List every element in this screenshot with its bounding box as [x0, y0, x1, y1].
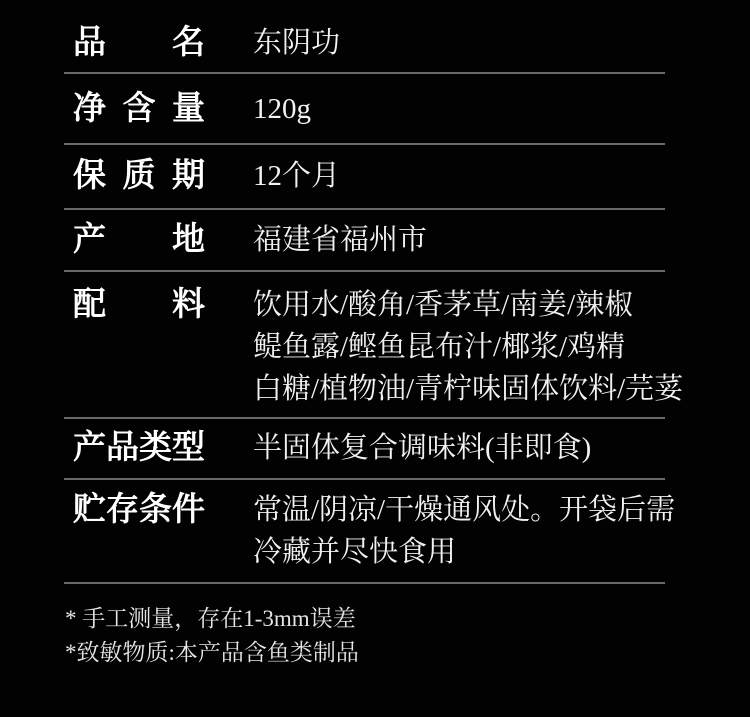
row-value: 饮用水/酸角/香茅草/南姜/辣椒 鳀鱼露/鲣鱼昆布汁/椰浆/鸡精 白糖/植物油/… — [253, 284, 683, 410]
row-value-line: 福建省福州市 — [253, 219, 427, 261]
spec-row-product-name: 品名 东阴功 — [64, 0, 665, 74]
footnote-measurement-tolerance: * 手工测量，存在1-3mm误差 — [65, 602, 665, 636]
product-spec-sheet: 品名 东阴功 净含量 120g 保质期 12个月 产地 福建省福州市 配料 饮用… — [64, 0, 665, 670]
row-value: 福建省福州市 — [253, 219, 427, 261]
row-value: 半固体复合调味料(非即食) — [253, 427, 591, 469]
row-value-line: 鳀鱼露/鲣鱼昆布汁/椰浆/鸡精 — [253, 326, 683, 368]
row-label: 配料 — [73, 284, 205, 326]
row-value-line: 常温/阴凉/干燥通风处。开袋后需 — [253, 489, 675, 531]
row-value: 12个月 — [253, 155, 340, 197]
spec-row-product-type: 产品类型 半固体复合调味料(非即食) — [64, 419, 665, 480]
row-value-line: 冷藏并尽快食用 — [253, 531, 675, 573]
footnotes: * 手工测量，存在1-3mm误差 *致敏物质:本产品含鱼类制品 — [64, 602, 665, 670]
row-value-line: 饮用水/酸角/香茅草/南姜/辣椒 — [253, 284, 683, 326]
row-label: 品名 — [73, 22, 205, 64]
row-label: 净含量 — [73, 88, 205, 130]
row-value-line: 白糖/植物油/青柠味固体饮料/芫荽 — [253, 368, 683, 410]
row-label: 产品类型 — [73, 427, 205, 469]
row-value: 东阴功 — [253, 22, 340, 64]
row-value-line: 半固体复合调味料(非即食) — [253, 427, 591, 469]
row-value: 120g — [253, 88, 311, 130]
spec-row-origin: 产地 福建省福州市 — [64, 210, 665, 272]
spec-row-storage-conditions: 贮存条件 常温/阴凉/干燥通风处。开袋后需 冷藏并尽快食用 — [64, 480, 665, 584]
row-value-line: 120g — [253, 88, 311, 130]
row-label: 保质期 — [73, 155, 205, 197]
footnote-allergen-notice: *致敏物质:本产品含鱼类制品 — [65, 636, 665, 670]
row-label: 贮存条件 — [73, 489, 205, 531]
row-value-line: 东阴功 — [253, 22, 340, 64]
row-value-line: 12个月 — [253, 155, 340, 197]
spec-row-ingredients: 配料 饮用水/酸角/香茅草/南姜/辣椒 鳀鱼露/鲣鱼昆布汁/椰浆/鸡精 白糖/植… — [64, 272, 665, 419]
spec-row-shelf-life: 保质期 12个月 — [64, 145, 665, 210]
row-value: 常温/阴凉/干燥通风处。开袋后需 冷藏并尽快食用 — [253, 489, 675, 573]
row-label: 产地 — [73, 219, 205, 261]
spec-row-net-content: 净含量 120g — [64, 74, 665, 145]
